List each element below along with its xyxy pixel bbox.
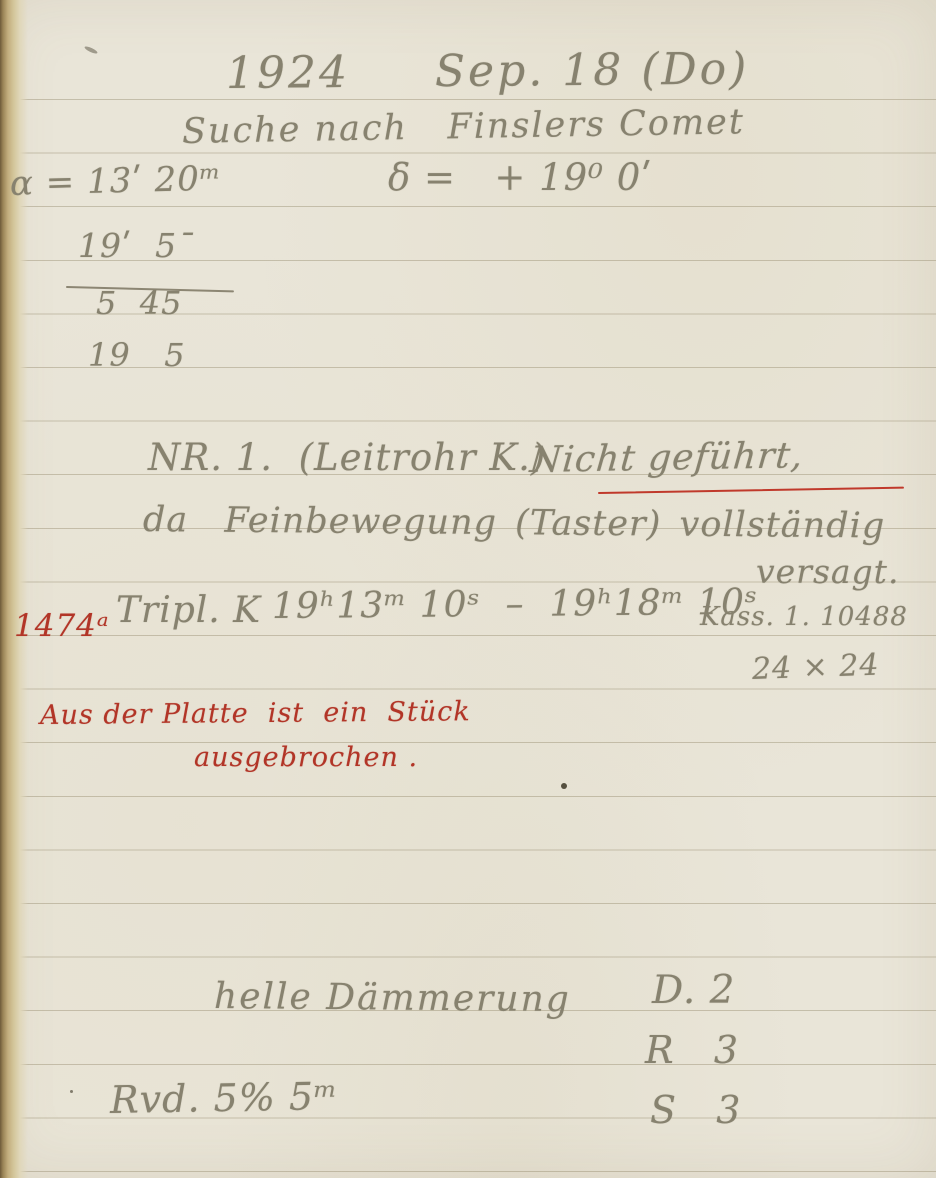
calc-row-2: 5 45 <box>96 284 182 322</box>
catalog-number: Kass. 1. 10488 <box>700 602 908 632</box>
calc-row-3: 19 5 <box>88 336 186 374</box>
dec-value: δ = + 19⁰ 0ʹ <box>388 156 653 199</box>
rating-r: R 3 <box>645 1028 739 1072</box>
developer-note: Rvd. 5% 5ᵐ <box>110 1074 339 1122</box>
plate-format: 24 × 24 <box>751 648 880 687</box>
plate-nr1-reason-line1: da Feinbewegung (Taster) vollständig <box>143 500 886 546</box>
plate-number-red: 1474ᵃ <box>14 608 110 644</box>
calc-row-1: 19ʹ 5ˉ <box>78 226 195 265</box>
pencil-smudge <box>84 45 98 55</box>
date-line: 1924 Sep. 18 (Do) <box>226 43 750 99</box>
red-note-line1: Aus der Platte ist ein Stück <box>40 696 471 731</box>
sky-conditions: helle Dämmerung <box>214 976 571 1020</box>
plate-designation: Tripl. K <box>116 590 261 631</box>
exposure-times: 19ʰ13ᵐ 10ˢ – 19ʰ18ᵐ 10ˢ <box>272 582 758 627</box>
red-note-line2: ausgebrochen . <box>194 742 418 773</box>
ink-speck <box>70 1090 73 1093</box>
ra-value: α = 13ʹ 20ᵐ <box>9 158 222 204</box>
plate-nr1-status: Nicht geführt, <box>528 435 805 481</box>
rating-s: S 3 <box>650 1088 741 1132</box>
notebook-page: 1924 Sep. 18 (Do) Suche nach Finslers Co… <box>0 0 936 1178</box>
ink-speck <box>561 783 567 789</box>
plate-nr1-reason-line2: versagt. <box>756 552 899 591</box>
rating-d: D. 2 <box>652 968 736 1013</box>
plate-nr1-heading: NR. 1. (Leitrohr K.) <box>148 436 546 479</box>
